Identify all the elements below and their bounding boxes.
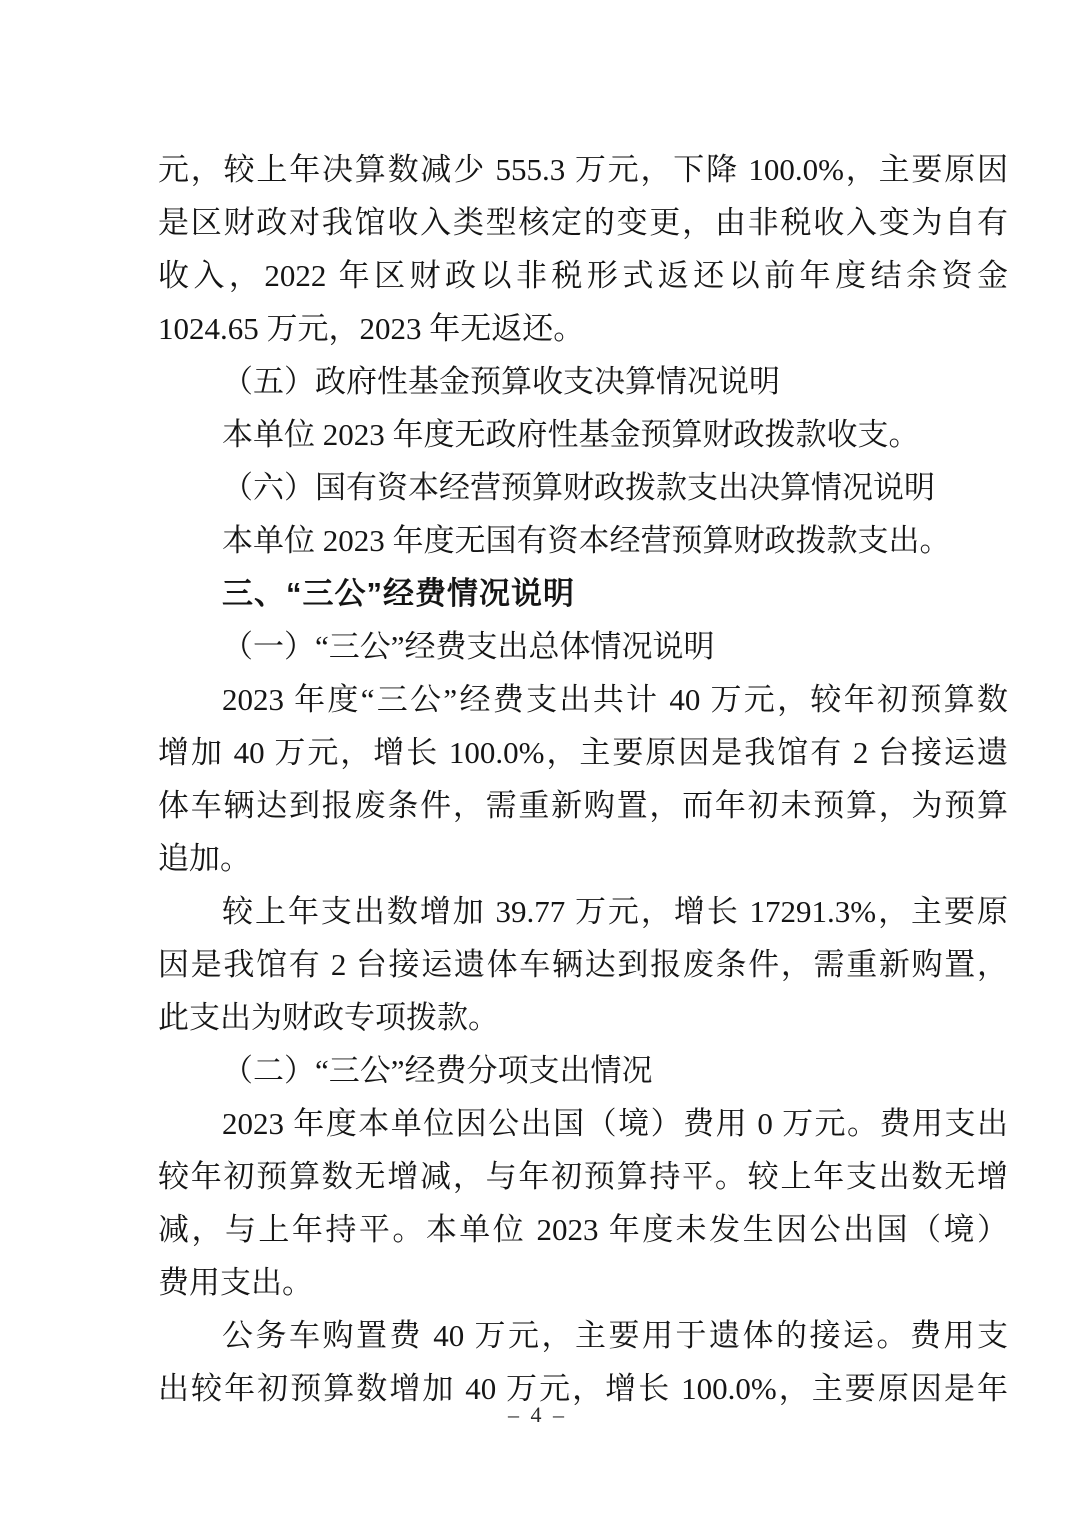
para-line: 公务车购置费 40 万元，主要用于遗体的接运。费用支: [158, 1309, 1008, 1362]
para-line: 是区财政对我馆收入类型核定的变更，由非税收入变为自有: [158, 196, 1008, 249]
page-number: – 4 –: [0, 1402, 1075, 1428]
heading-subsection-2: （二）“三公”经费分项支出情况: [158, 1044, 1008, 1097]
para-line: 较上年支出数增加 39.77 万元，增长 17291.3%，主要原: [158, 885, 1008, 938]
para-line: 较年初预算数无增减，与年初预算持平。较上年支出数无增: [158, 1150, 1008, 1203]
para-line: 追加。: [158, 832, 1008, 885]
para-line: 因是我馆有 2 台接运遗体车辆达到报废条件，需重新购置，: [158, 938, 1008, 991]
para-line: 费用支出。: [158, 1256, 1008, 1309]
para-line: 减，与上年持平。本单位 2023 年度未发生因公出国（境）: [158, 1203, 1008, 1256]
para-line: 2023 年度本单位因公出国（境）费用 0 万元。费用支出: [158, 1097, 1008, 1150]
para-line: 元，较上年决算数减少 555.3 万元，下降 100.0%，主要原因: [158, 143, 1008, 196]
document-page: 元，较上年决算数减少 555.3 万元，下降 100.0%，主要原因 是区财政对…: [0, 0, 1075, 1520]
document-body: 元，较上年决算数减少 555.3 万元，下降 100.0%，主要原因 是区财政对…: [158, 143, 1008, 1415]
para-line: 1024.65 万元，2023 年无返还。: [158, 302, 1008, 355]
heading-subsection-1: （一）“三公”经费支出总体情况说明: [158, 620, 1008, 673]
heading-section-6: （六）国有资本经营预算财政拨款支出决算情况说明: [158, 461, 1008, 514]
para-line: 体车辆达到报废条件，需重新购置，而年初未预算，为预算: [158, 779, 1008, 832]
para-line: 2023 年度“三公”经费支出共计 40 万元，较年初预算数: [158, 673, 1008, 726]
para-line: 本单位 2023 年度无政府性基金预算财政拨款收支。: [158, 408, 1008, 461]
para-line: 此支出为财政专项拨款。: [158, 991, 1008, 1044]
para-line: 收入，2022 年区财政以非税形式返还以前年度结余资金: [158, 249, 1008, 302]
para-line: 增加 40 万元，增长 100.0%，主要原因是我馆有 2 台接运遗: [158, 726, 1008, 779]
heading-section-5: （五）政府性基金预算收支决算情况说明: [158, 355, 1008, 408]
para-line: 本单位 2023 年度无国有资本经营预算财政拨款支出。: [158, 514, 1008, 567]
heading-section-3-main: 三、“三公”经费情况说明: [158, 567, 1008, 620]
